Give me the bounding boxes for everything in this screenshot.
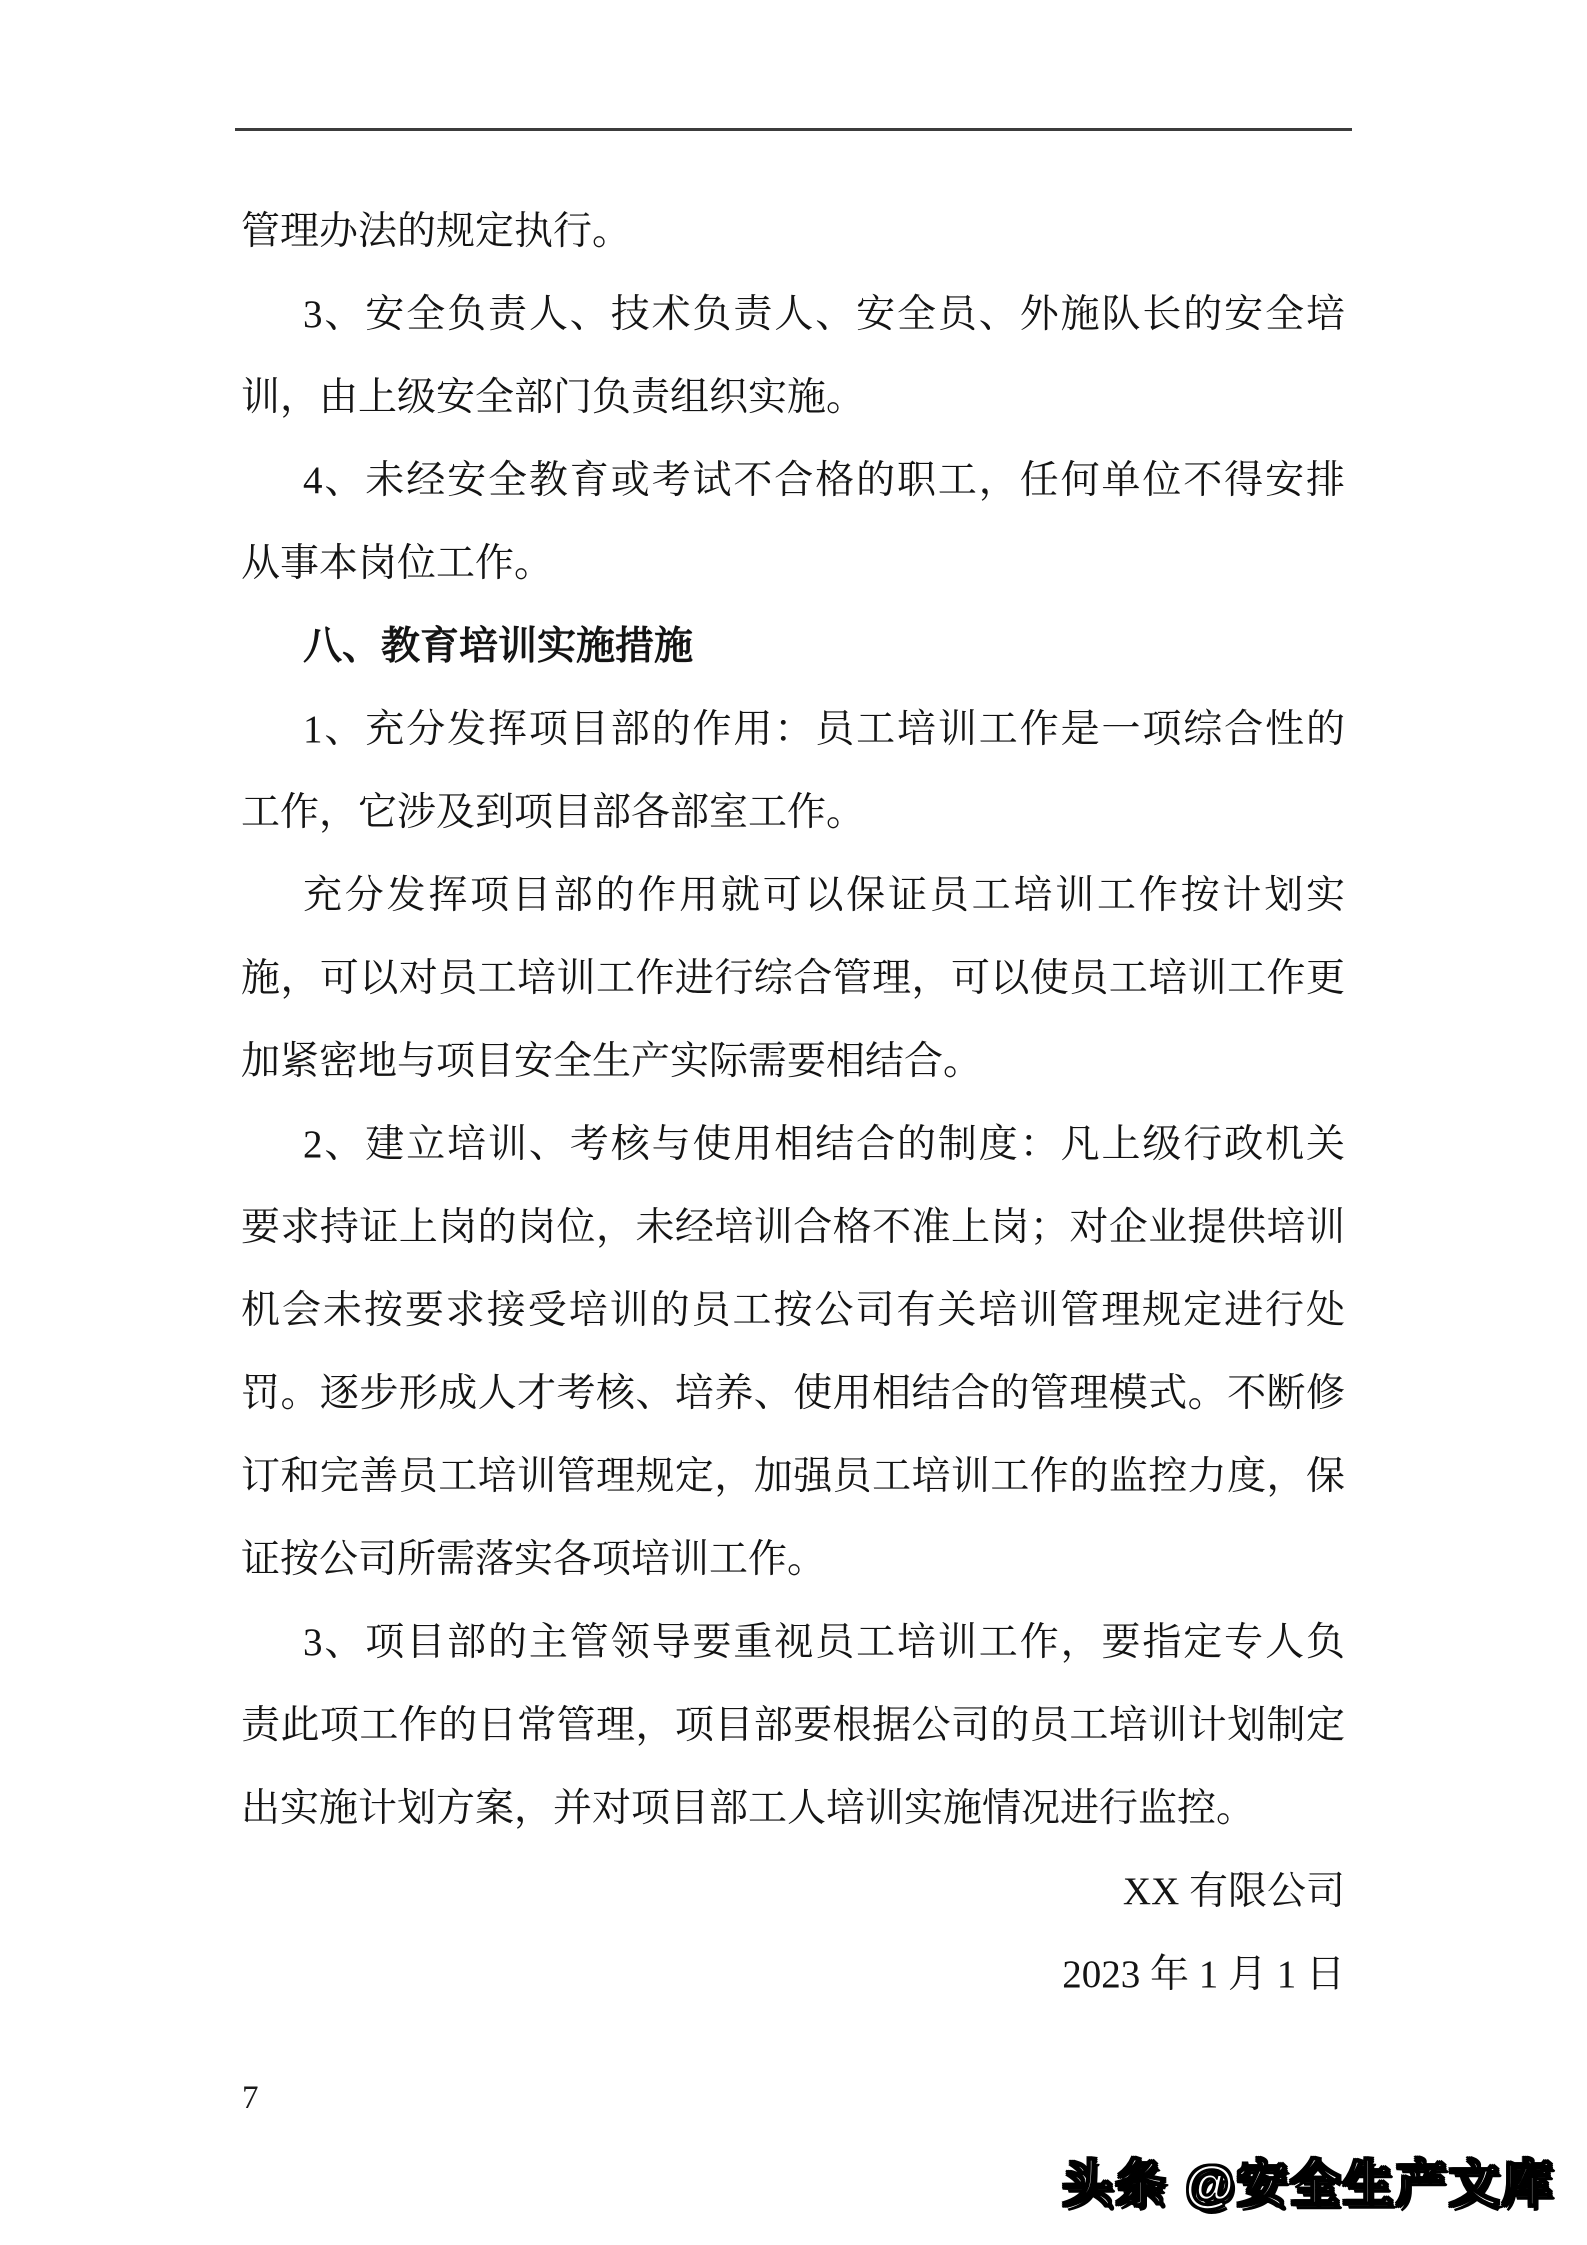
document-line: 订和完善员工培训管理规定，加强员工培训工作的监控力度，保 [241, 1435, 1345, 1518]
document-line: 责此项工作的日常管理，项目部要根据公司的员工培训计划制定 [241, 1684, 1345, 1767]
document-page: 管理办法的规定执行。3、安全负责人、技术负责人、安全员、外施队长的安全培训，由上… [0, 0, 1587, 2245]
document-line: 出实施计划方案，并对项目部工人培训实施情况进行监控。 [241, 1767, 1345, 1850]
page-number: 7 [242, 2080, 259, 2116]
document-line: 罚。逐步形成人才考核、培养、使用相结合的管理模式。不断修 [241, 1352, 1345, 1435]
document-line: 加紧密地与项目安全生产实际需要相结合。 [241, 1020, 1345, 1103]
document-line: 施，可以对员工培训工作进行综合管理，可以使员工培训工作更 [241, 937, 1345, 1020]
document-line: 机会未按要求接受培训的员工按公司有关培训管理规定进行处 [241, 1269, 1345, 1352]
document-line: 证按公司所需落实各项培训工作。 [241, 1518, 1345, 1601]
watermark: 头条 @安全生产文库 [1062, 2156, 1555, 2212]
document-line: 2023 年 1 月 1 日 [241, 1933, 1345, 2016]
document-line: 从事本岗位工作。 [241, 522, 1345, 605]
document-body: 管理办法的规定执行。3、安全负责人、技术负责人、安全员、外施队长的安全培训，由上… [241, 190, 1345, 2016]
document-line: 3、安全负责人、技术负责人、安全员、外施队长的安全培 [241, 273, 1345, 356]
document-line: 八、教育培训实施措施 [241, 605, 1345, 688]
document-line: 训，由上级安全部门负责组织实施。 [241, 356, 1345, 439]
document-line: 工作，它涉及到项目部各部室工作。 [241, 771, 1345, 854]
document-line: 管理办法的规定执行。 [241, 190, 1345, 273]
document-line: 要求持证上岗的岗位，未经培训合格不准上岗；对企业提供培训 [241, 1186, 1345, 1269]
document-line: 3、项目部的主管领导要重视员工培训工作，要指定专人负 [241, 1601, 1345, 1684]
document-line: 1、充分发挥项目部的作用：员工培训工作是一项综合性的 [241, 688, 1345, 771]
document-line: 充分发挥项目部的作用就可以保证员工培训工作按计划实 [241, 854, 1345, 937]
document-line: 2、建立培训、考核与使用相结合的制度：凡上级行政机关 [241, 1103, 1345, 1186]
header-rule [235, 128, 1352, 131]
document-line: XX 有限公司 [241, 1850, 1345, 1933]
document-line: 4、未经安全教育或考试不合格的职工，任何单位不得安排 [241, 439, 1345, 522]
